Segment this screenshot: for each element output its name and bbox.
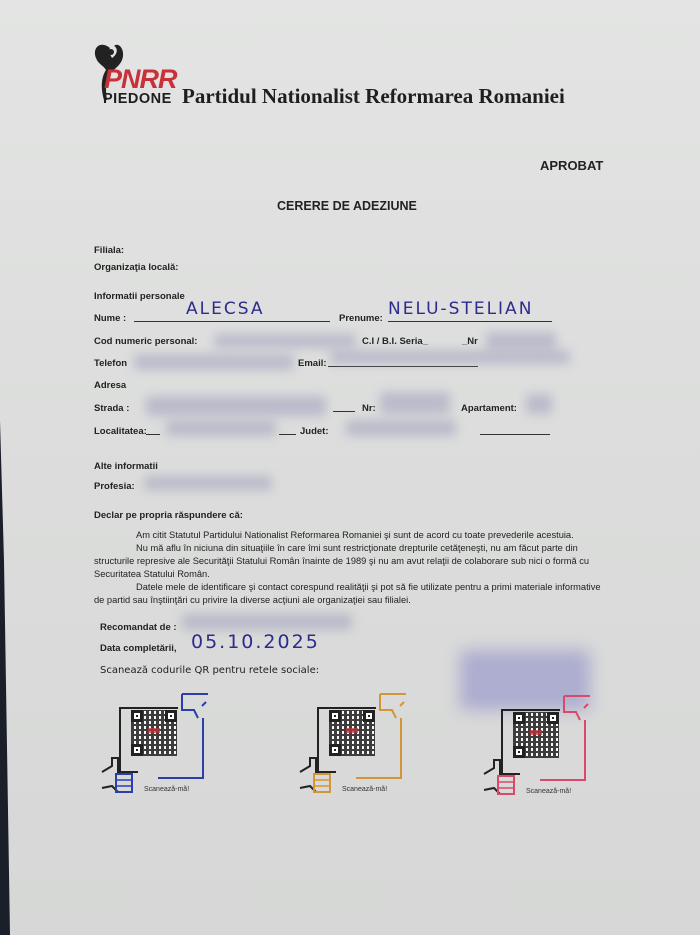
strada-nr-label: Nr: — [362, 403, 376, 414]
recomandat-redacted — [182, 614, 352, 630]
qr-finder — [165, 710, 177, 722]
judet-redacted — [346, 420, 456, 436]
qr-finder — [363, 710, 375, 722]
judet-field-line — [480, 434, 550, 435]
email-label: Email: — [298, 358, 327, 369]
email-redacted — [330, 350, 570, 364]
apartament-redacted — [526, 394, 552, 414]
filiala-label: Filiala: — [94, 245, 124, 256]
qr-code-block[interactable]: Scanează-mă! — [480, 690, 600, 800]
qr-logo-icon — [530, 730, 542, 735]
data-label: Data completării, — [100, 643, 177, 654]
strada-label: Strada : — [94, 403, 129, 414]
qr-finder — [329, 744, 341, 756]
scan-me-label: Scanează-mă! — [342, 786, 387, 793]
qr-heading: Scanează codurile QR pentru retele socia… — [100, 665, 319, 676]
prenume-value[interactable]: NELU-STELIAN — [388, 299, 533, 319]
ci-nr-redacted — [486, 332, 556, 350]
scan-me-label: Scanează-mă! — [526, 788, 571, 795]
nume-value[interactable]: ALECSA — [186, 299, 264, 319]
logo-piedone-text: PIEDONE — [103, 91, 172, 107]
organizatia-label: Organizaţia locală: — [94, 262, 178, 273]
qr-logo-icon — [148, 728, 160, 733]
personal-info-heading: Informatii personale — [94, 291, 185, 302]
localitatea-field-line-2 — [279, 434, 296, 435]
profesia-redacted — [144, 476, 272, 490]
ci-nr-label: _Nr — [462, 336, 478, 347]
scan-me-label: Scanează-mă! — [144, 786, 189, 793]
qr-finder — [131, 744, 143, 756]
nume-field-line — [134, 321, 330, 322]
party-name: Partidul Nationalist Reformarea Romaniei — [182, 84, 565, 109]
profesia-label: Profesia: — [94, 481, 135, 492]
declaration-paragraph-3: Datele mele de identificare şi contact c… — [94, 581, 608, 607]
data-value[interactable]: 05.10.2025 — [191, 631, 320, 653]
qr-finder — [513, 746, 525, 758]
cnp-redacted — [214, 334, 356, 348]
strada-field-line — [333, 411, 355, 412]
localitatea-label: Localitatea: — [94, 426, 147, 437]
localitatea-redacted — [166, 420, 276, 436]
nume-label: Nume : — [94, 313, 126, 324]
approval-label: APROBAT — [540, 158, 603, 173]
party-logo: PNRR PIEDONE — [90, 40, 175, 108]
other-info-heading: Alte informatii — [94, 461, 158, 472]
telefon-redacted — [134, 354, 294, 370]
email-field-line — [328, 366, 478, 367]
qr-finder — [329, 710, 341, 722]
declaration-paragraph-2: Nu mă aflu în niciuna din situaţiile în … — [94, 542, 608, 581]
qr-code-block[interactable]: Scanează-mă! — [98, 688, 218, 798]
declaration-heading: Declar pe propria răspundere că: — [94, 510, 243, 521]
declaration-text: Am citit Statutul Partidului Nationalist… — [94, 529, 608, 607]
adresa-label: Adresa — [94, 380, 126, 391]
form-title: CERERE DE ADEZIUNE — [277, 199, 417, 213]
cnp-label: Cod numeric personal: — [94, 336, 197, 347]
qr-logo-icon — [346, 728, 358, 733]
qr-code-block[interactable]: Scanează-mă! — [296, 688, 416, 798]
recomandat-label: Recomandat de : — [100, 622, 177, 633]
prenume-label: Prenume: — [339, 313, 383, 324]
qr-finder — [547, 712, 559, 724]
apartament-label: Apartament: — [461, 403, 517, 414]
prenume-field-line — [388, 321, 552, 322]
localitatea-field-line — [146, 434, 160, 435]
judet-label: Judet: — [300, 426, 329, 437]
telefon-label: Telefon — [94, 358, 127, 369]
qr-finder — [513, 712, 525, 724]
strada-redacted — [146, 396, 326, 416]
qr-finder — [131, 710, 143, 722]
declaration-paragraph-1: Am citit Statutul Partidului Nationalist… — [94, 529, 608, 542]
strada-nr-redacted — [380, 392, 450, 414]
document-page: PNRR PIEDONE Partidul Nationalist Reform… — [0, 0, 700, 935]
ci-seria-label: C.I / B.I. Seria_ — [362, 336, 428, 347]
